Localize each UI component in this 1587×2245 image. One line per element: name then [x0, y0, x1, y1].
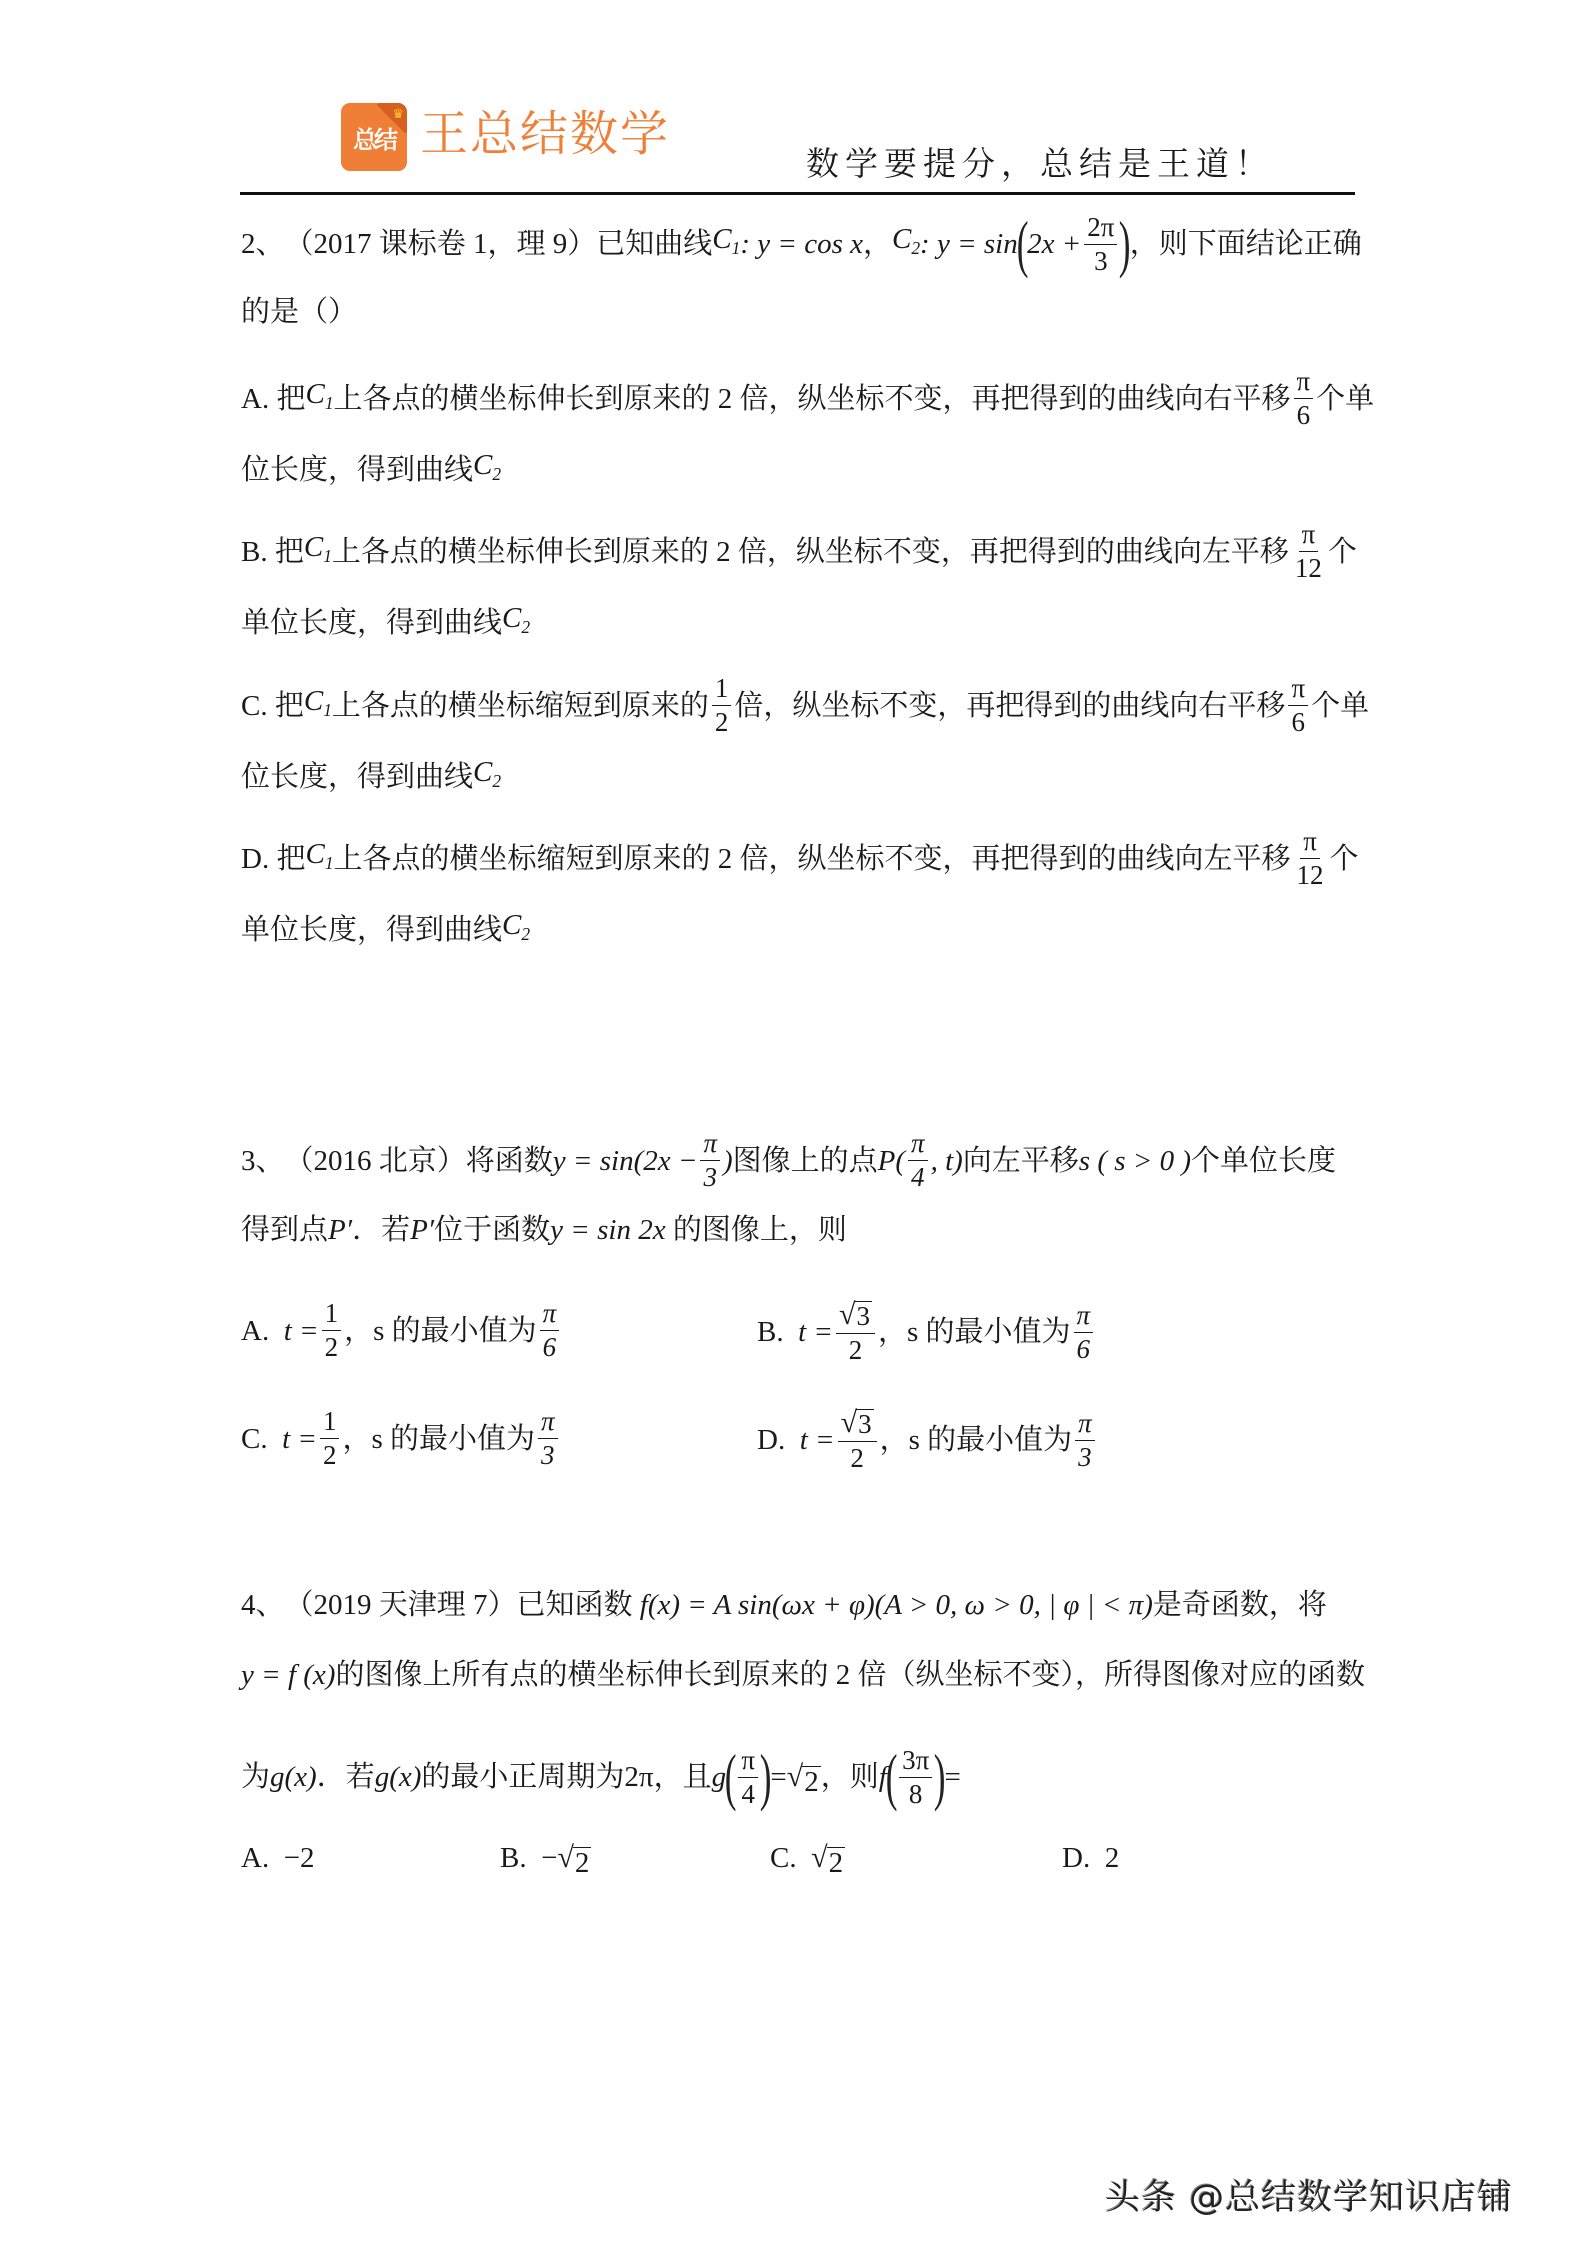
q4-stem-line-2: y = f (x) 的图像上所有点的横坐标伸长到原来的 2 倍（纵坐标不变），所…	[241, 1655, 1365, 1695]
math-c2-eq: : y = sin	[920, 224, 1018, 264]
paren-open: (	[725, 1745, 737, 1809]
stem-text: 已知函数	[517, 1585, 633, 1625]
option-label: D.	[241, 839, 269, 879]
math-c1: C1	[305, 834, 333, 883]
stem-text: 的图像上，则	[673, 1210, 847, 1250]
math-function: y = sin 2x	[550, 1210, 665, 1250]
option-label: B.	[757, 1312, 784, 1352]
sqrt-icon: √3	[841, 1408, 874, 1438]
option-label: D.	[1062, 1838, 1090, 1878]
watermark: 头条 @总结数学知识店铺	[1105, 2170, 1513, 2220]
paren-close: )	[934, 1745, 946, 1809]
q2-option-a-line-2: 位长度，得到曲线 C2	[241, 445, 501, 494]
paren-close: )	[1119, 212, 1131, 276]
math-c2: C2	[502, 598, 530, 647]
option-label: A.	[241, 379, 269, 419]
option-label: A.	[241, 1311, 269, 1351]
fraction: 3π8	[899, 1747, 932, 1808]
header-divider	[240, 192, 1355, 195]
logo-badge: ♛ 总结	[341, 103, 407, 171]
sqrt-icon: √3	[839, 1300, 872, 1330]
stem-text: ．若	[352, 1210, 410, 1250]
q3-option-c[interactable]: C. t = 12 ，s 的最小值为 π3	[241, 1408, 561, 1469]
math-function: g(x)	[375, 1757, 422, 1797]
math-c1: C1	[712, 219, 740, 268]
stem-text: 得到点	[241, 1210, 328, 1250]
stem-text: 是奇函数，将	[1153, 1585, 1327, 1625]
question-number: 4、	[241, 1585, 285, 1625]
fraction: 12	[320, 1408, 340, 1469]
math-c2: C2	[892, 219, 920, 268]
question-source: （2016 北京）	[285, 1141, 466, 1181]
question-source: （2017 课标卷 1，理 9）	[285, 224, 597, 264]
q4-option-a[interactable]: A. −2	[241, 1838, 315, 1878]
math-eq: =	[945, 1757, 961, 1797]
stem-text: 个单位长度	[1191, 1141, 1336, 1181]
fraction: π6	[1288, 675, 1308, 736]
math-c2: C2	[473, 445, 501, 494]
fraction: π6	[1294, 368, 1314, 429]
math-function: y = sin(2x −	[553, 1141, 698, 1181]
option-text: ，s 的最小值为	[880, 1420, 1073, 1460]
option-label: C.	[241, 1419, 268, 1459]
q4-option-d[interactable]: D. 2	[1062, 1838, 1119, 1878]
math-t: t =	[798, 1312, 833, 1352]
q4-option-c[interactable]: C. √2	[770, 1838, 845, 1878]
stem-text: ，则	[821, 1757, 879, 1797]
q4-stem-line-3: 为 g(x) ．若 g(x) 的最小正周期为 2π ，且 g ( π4 ) = …	[241, 1745, 961, 1809]
fraction: √32	[836, 1300, 875, 1364]
question-number: 2、	[241, 224, 285, 264]
fraction: π12	[1292, 521, 1325, 582]
option-label: B.	[241, 532, 268, 572]
paren-open: (	[886, 1745, 898, 1809]
fraction: π4	[908, 1130, 928, 1191]
q4-stem-line-1: 4、 （2019 天津理 7） 已知函数 f(x) = A sin(ωx + φ…	[241, 1585, 1327, 1625]
option-text: 把	[275, 532, 304, 572]
q3-option-a[interactable]: A. t = 12 ，s 的最小值为 π6	[241, 1300, 562, 1361]
math-point: , t)	[931, 1141, 963, 1181]
question-number: 3、	[241, 1141, 285, 1181]
option-value: −2	[284, 1838, 315, 1878]
q4-option-b[interactable]: B. − √2	[500, 1838, 591, 1878]
q2-option-c-line-2: 位长度，得到曲线 C2	[241, 752, 501, 801]
math-c2: C2	[473, 752, 501, 801]
stem-text: 已知曲线	[596, 224, 712, 264]
option-label: C.	[241, 686, 268, 726]
q2-option-a[interactable]: A. 把 C1 上各点的横坐标伸长到原来的 2 倍，纵坐标不变，再把得到的曲线向…	[241, 368, 1374, 429]
stem-text: ，	[863, 224, 892, 264]
q3-stem-line-1: 3、 （2016 北京） 将函数 y = sin(2x − π3 ) 图像上的点…	[241, 1130, 1336, 1191]
option-text: ，s 的最小值为	[878, 1312, 1071, 1352]
fraction: 12	[322, 1300, 342, 1361]
q2-option-b-line-2: 单位长度，得到曲线 C2	[241, 598, 530, 647]
option-text: 倍，纵坐标不变，再把得到的曲线向右平移	[734, 686, 1285, 726]
fraction: π6	[540, 1300, 560, 1361]
math-point: P′	[328, 1210, 352, 1250]
stem-text: ，则下面结论正确	[1130, 224, 1362, 264]
fraction: √32	[838, 1408, 877, 1472]
math-c1: C1	[304, 527, 332, 576]
option-text: 把	[276, 379, 305, 419]
option-text: 单位长度，得到曲线	[241, 910, 502, 950]
option-text: 单位长度，得到曲线	[241, 603, 502, 643]
paren-open: (	[1017, 212, 1029, 276]
paren-close: )	[760, 1745, 772, 1809]
fraction: π4	[738, 1747, 758, 1808]
q2-option-d-line-2: 单位长度，得到曲线 C2	[241, 905, 530, 954]
logo-text: 王总结数学	[420, 104, 670, 164]
fraction: π3	[700, 1130, 720, 1191]
option-text: 把	[276, 839, 305, 879]
q3-option-d[interactable]: D. t = √32 ，s 的最小值为 π3	[757, 1408, 1098, 1472]
math-function: g(x)	[270, 1757, 317, 1797]
option-value: 2	[1105, 1838, 1120, 1878]
option-text: 上各点的横坐标缩短到原来的 2 倍，纵坐标不变，再把得到的曲线向左平移	[334, 839, 1291, 879]
fraction: π3	[538, 1408, 558, 1469]
q2-option-c[interactable]: C. 把 C1 上各点的横坐标缩短到原来的 12 倍，纵坐标不变，再把得到的曲线…	[241, 675, 1369, 736]
sqrt-icon: √2	[811, 1838, 845, 1878]
math-function: f(x) = A sin(ωx + φ)(A > 0, ω > 0, | φ |…	[640, 1585, 1153, 1625]
logo-badge-text: 总结	[353, 120, 395, 155]
option-text: 位长度，得到曲线	[241, 757, 473, 797]
math-c1: C1	[304, 681, 332, 730]
option-text: 上各点的横坐标伸长到原来的 2 倍，纵坐标不变，再把得到的曲线向右平移	[334, 379, 1291, 419]
q3-option-b[interactable]: B. t = √32 ，s 的最小值为 π6	[757, 1300, 1096, 1364]
option-text: 个	[1328, 532, 1357, 572]
math-paren: )	[723, 1141, 733, 1181]
stem-text: 的最小正周期为	[421, 1757, 624, 1797]
option-label: D.	[757, 1420, 785, 1460]
question-source: （2019 天津理 7）	[285, 1585, 517, 1625]
math-t: t =	[284, 1311, 319, 1351]
option-text: 个单	[1311, 686, 1369, 726]
math-function: y = f (x)	[241, 1655, 335, 1695]
q2-option-b[interactable]: B. 把 C1 上各点的横坐标伸长到原来的 2 倍，纵坐标不变，再把得到的曲线向…	[241, 521, 1357, 582]
option-label: A.	[241, 1838, 269, 1878]
option-label: C.	[770, 1838, 797, 1878]
stem-text: 将函数	[466, 1141, 553, 1181]
math-t: t =	[800, 1420, 835, 1460]
math-c2-arg: 2x +	[1027, 224, 1081, 264]
q3-stem-line-2: 得到点 P′ ．若 P′ 位于函数 y = sin 2x 的图像上，则	[241, 1210, 847, 1250]
option-text: 个	[1330, 839, 1359, 879]
sqrt-icon: √2	[557, 1838, 591, 1878]
stem-text: 的图像上所有点的横坐标伸长到原来的 2 倍（纵坐标不变），所得图像对应的函数	[335, 1655, 1365, 1695]
option-text: ，s 的最小值为	[344, 1311, 537, 1351]
sqrt-icon: √2	[787, 1757, 821, 1797]
math-c1-eq: : y = cos x	[740, 224, 863, 264]
stem-text: 向左平移	[963, 1141, 1079, 1181]
stem-text: 位于函数	[434, 1210, 550, 1250]
fraction: 12	[712, 675, 732, 736]
stem-text: ，且	[654, 1757, 712, 1797]
math-point: P(	[878, 1141, 905, 1181]
math-t: t =	[282, 1419, 317, 1459]
fraction: 2π3	[1084, 214, 1117, 275]
option-text: 个单	[1316, 379, 1374, 419]
stem-text: ．若	[317, 1757, 375, 1797]
math-c1: C1	[305, 374, 333, 423]
math-c2: C2	[502, 905, 530, 954]
option-text: 位长度，得到曲线	[241, 450, 473, 490]
math-condition: ( s > 0 )	[1097, 1141, 1191, 1181]
option-text: 把	[275, 686, 304, 726]
slogan: 数学要提分，总结是王道！	[806, 138, 1274, 185]
q2-option-d[interactable]: D. 把 C1 上各点的横坐标缩短到原来的 2 倍，纵坐标不变，再把得到的曲线向…	[241, 828, 1359, 889]
fraction: π3	[1075, 1410, 1095, 1471]
math-var: s	[1079, 1141, 1090, 1181]
q2-stem-line-2: 的是（）	[241, 292, 357, 332]
option-label: B.	[500, 1838, 527, 1878]
math-point: P′	[410, 1210, 434, 1250]
stem-text: 为	[241, 1757, 270, 1797]
fraction: π6	[1074, 1302, 1094, 1363]
stem-text: 图像上的点	[733, 1141, 878, 1181]
option-text: 上各点的横坐标缩短到原来的	[332, 686, 709, 726]
math-eq: =	[770, 1757, 786, 1797]
q2-stem-line-1: 2、 （2017 课标卷 1，理 9） 已知曲线 C1 : y = cos x …	[241, 212, 1362, 276]
math-period: 2π	[624, 1757, 653, 1797]
fraction: π12	[1294, 828, 1327, 889]
option-text: 上各点的横坐标伸长到原来的 2 倍，纵坐标不变，再把得到的曲线向左平移	[332, 532, 1289, 572]
option-text: ，s 的最小值为	[342, 1419, 535, 1459]
